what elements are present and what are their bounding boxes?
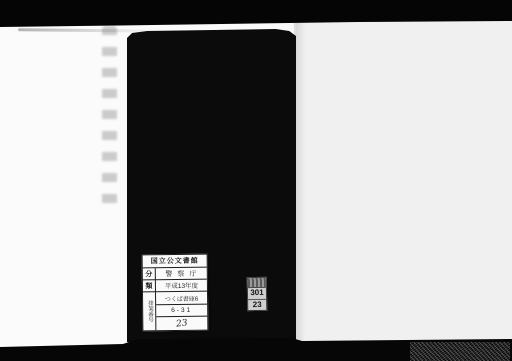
page-seam-shadow	[294, 20, 308, 350]
faint-spine-title	[102, 26, 117, 211]
label-key-rui: 類	[143, 280, 156, 292]
label-agency: 警察庁	[156, 268, 207, 281]
sticker-line-2: 23	[248, 298, 266, 310]
label-institution-name: 国立公文書館	[143, 255, 207, 269]
label-fiscal-year: 平成13年度	[156, 280, 207, 293]
spine-call-number-sticker: 301 23	[247, 277, 268, 311]
national-archives-label: 国立公文書館 分 警察庁 類 平成13年度 排架番号 つくば書庫6 6-31 2…	[142, 254, 209, 332]
label-key-shelf-number: 排架番号	[143, 292, 156, 330]
scan-noise-patch	[410, 342, 510, 361]
label-key-bun: 分	[143, 268, 156, 280]
right-page-blank	[296, 18, 512, 361]
sticker-line-1: 301	[248, 288, 266, 299]
scanned-book-page: 301 23 国立公文書館 分 警察庁 類 平成13年度 排架番号 つくば書庫6…	[0, 0, 512, 361]
sticker-top-band	[248, 278, 266, 288]
label-repository-location: つくば書庫6	[156, 292, 207, 306]
